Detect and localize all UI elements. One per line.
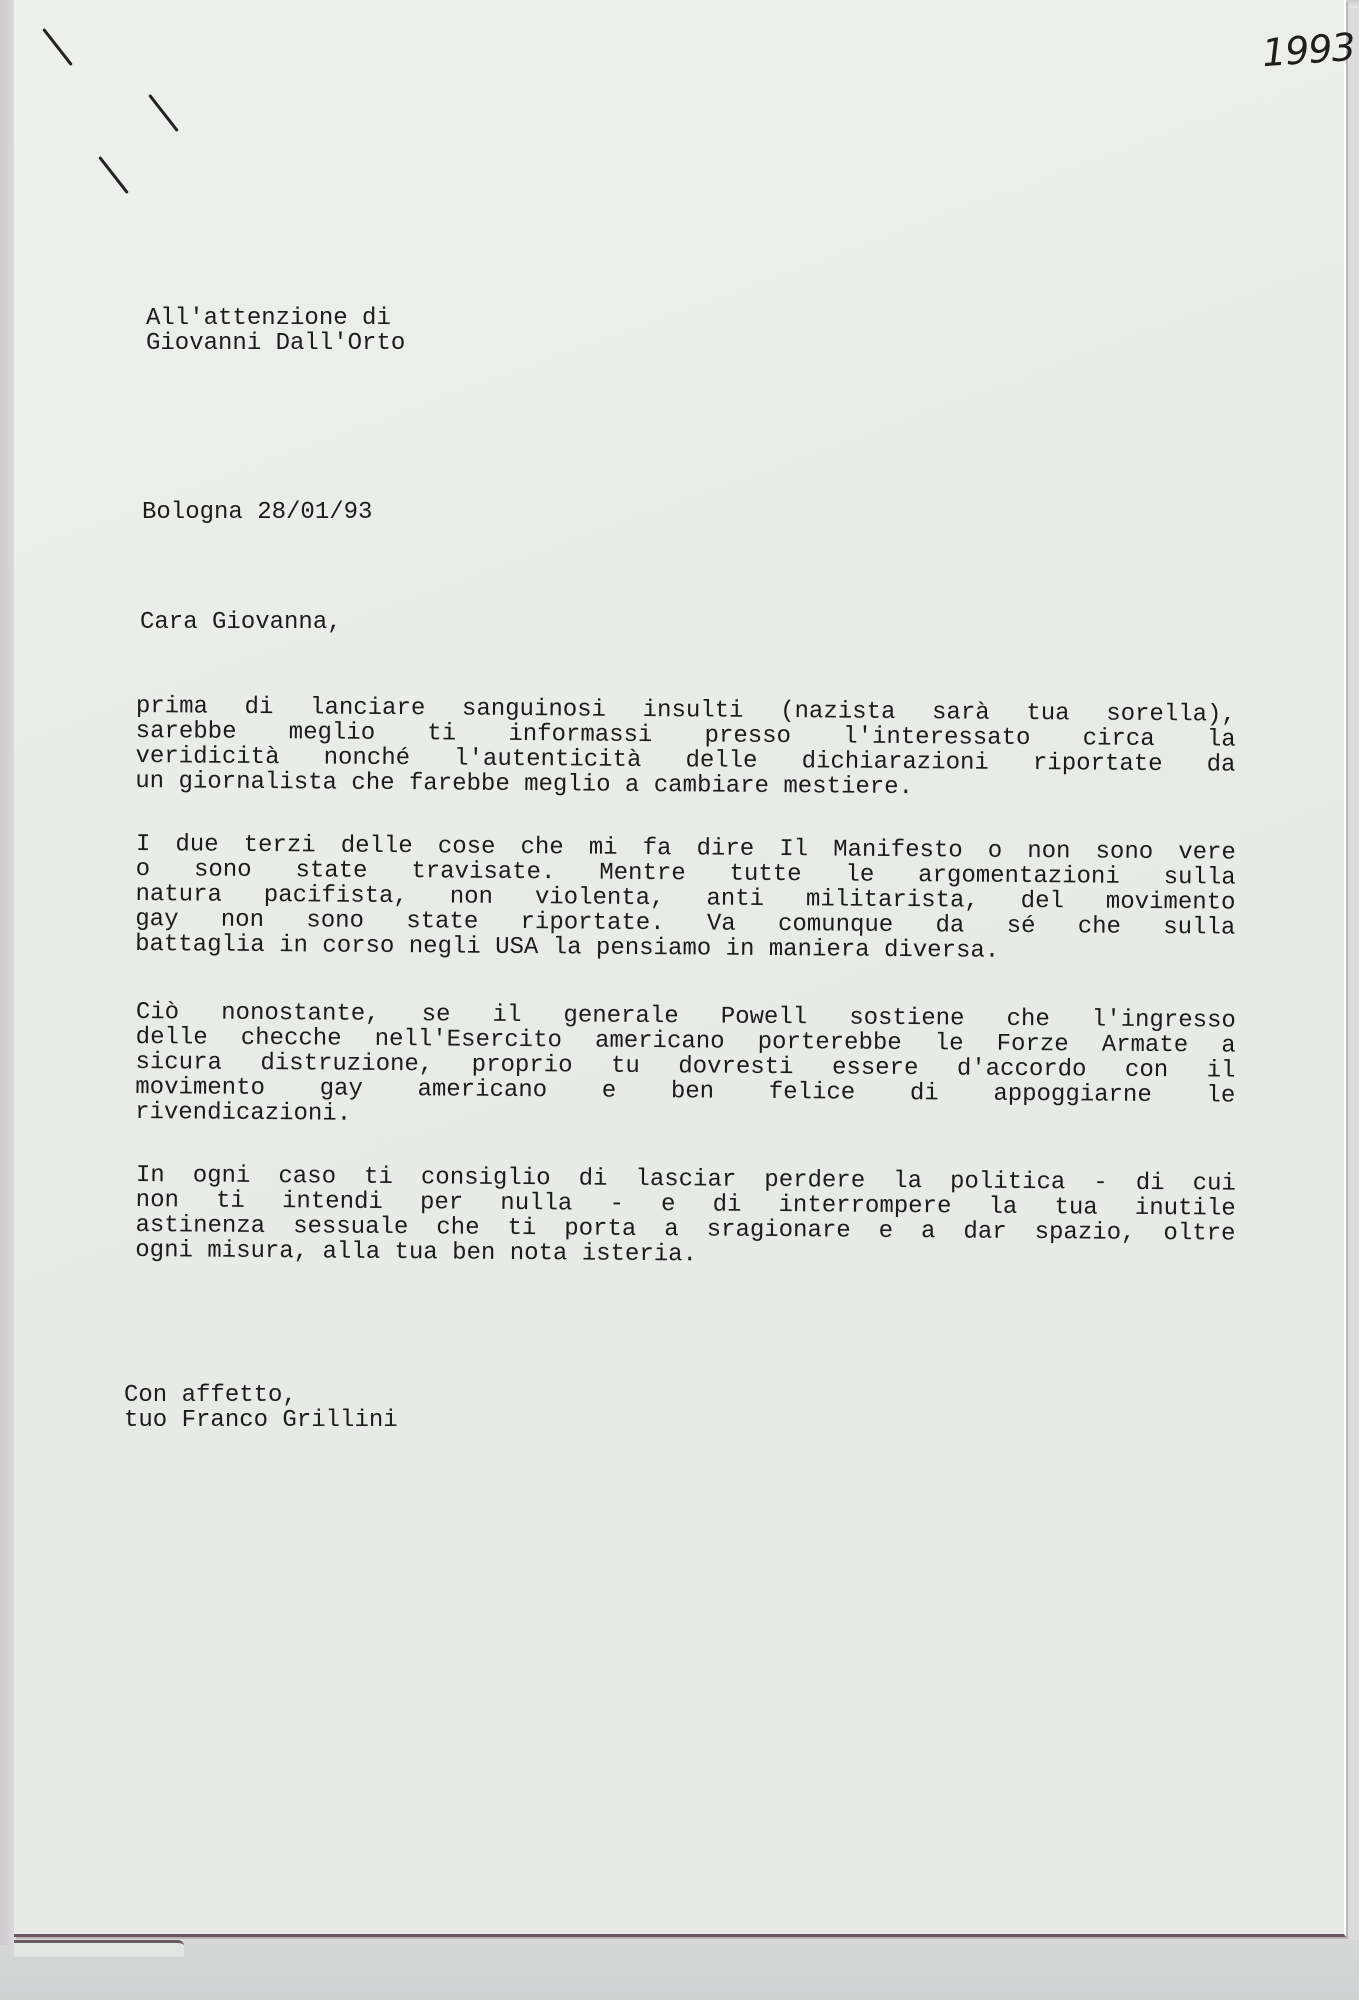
closing-line: Con affetto,: [124, 1382, 297, 1409]
recipient-line-2: Giovanni Dall'Orto: [146, 330, 405, 357]
closing-signature: Con affetto, tuo Franco Grillini: [124, 1383, 398, 1433]
background-surface: [0, 1940, 1359, 2000]
underlying-sheet-edge: [14, 1940, 184, 1957]
body-paragraph-1: prima di lanciare sanguinosi insulti (na…: [135, 694, 1236, 803]
recipient-line-1: All'attenzione di: [146, 305, 391, 332]
handwritten-year-annotation: 1993: [1261, 25, 1357, 75]
letter-page: [14, 0, 1346, 1937]
signature-name: tuo Franco Grillini: [124, 1407, 398, 1434]
place-date: Bologna 28/01/93: [142, 500, 372, 525]
body-paragraph-4: In ogni caso ti consiglio di lasciar per…: [135, 1163, 1236, 1272]
salutation: Cara Giovanna,: [140, 610, 342, 635]
body-paragraph-2: I due terzi delle cose che mi fa dire Il…: [135, 832, 1236, 966]
body-paragraph-3: Ciò nonostante, se il generale Powell so…: [135, 1000, 1236, 1134]
recipient-block: All'attenzione di Giovanni Dall'Orto: [146, 306, 405, 356]
page-left-edge: [0, 0, 14, 1945]
